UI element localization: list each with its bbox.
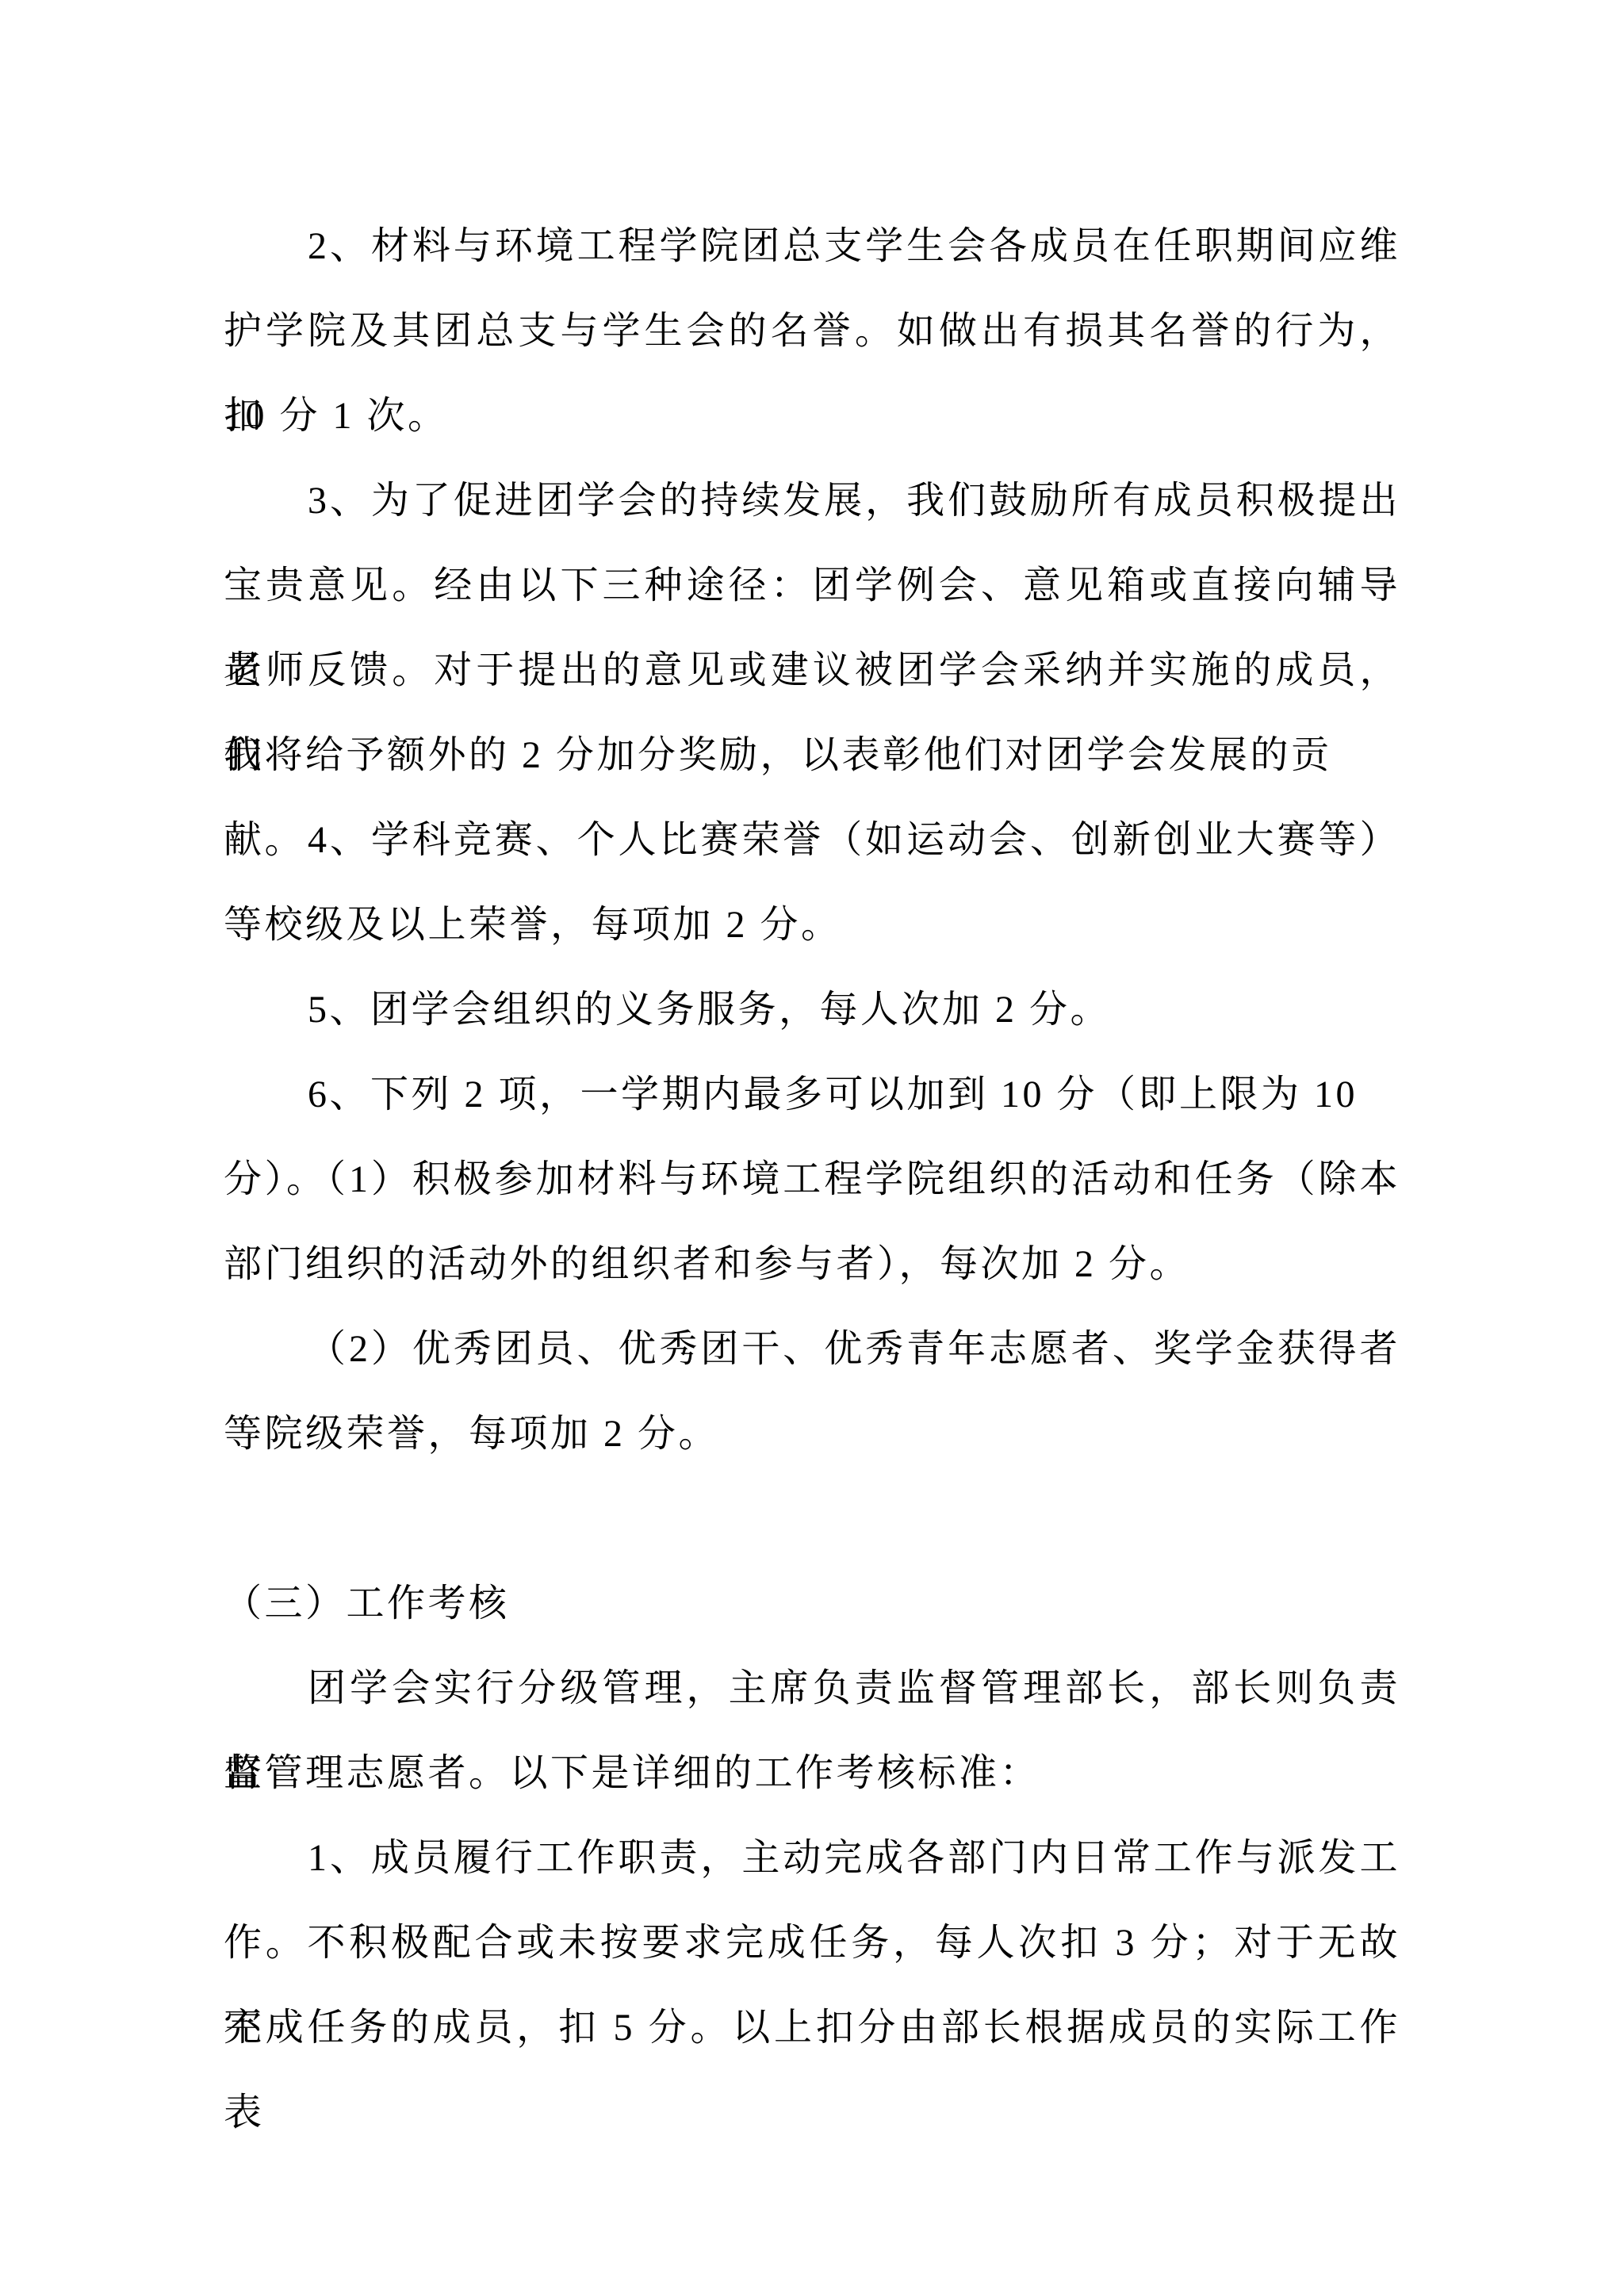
text-line: 们将给予额外的 2 分加分奖励，以表彰他们对团学会发展的贡献。 bbox=[224, 713, 1400, 798]
text-line: 10 分 1 次。 bbox=[224, 373, 1400, 458]
section-heading: （三）工作考核 bbox=[224, 1561, 1400, 1646]
document-text-block: 2、材料与环境工程学院团总支学生会各成员在任职期间应维 护学院及其团总支与学生会… bbox=[224, 204, 1400, 2070]
text-line: 6、下列 2 项，一学期内最多可以加到 10 分（即上限为 10 分）。 bbox=[224, 1052, 1400, 1137]
text-line: 护学院及其团总支与学生会的名誉。如做出有损其名誉的行为，扣 bbox=[224, 289, 1400, 373]
text-line: 3、为了促进团学会的持续发展，我们鼓励所有成员积极提出 bbox=[224, 458, 1400, 543]
text-line: 2、材料与环境工程学院团总支学生会各成员在任职期间应维 bbox=[224, 204, 1400, 289]
text-line: 完成任务的成员，扣 5 分。以上扣分由部长根据成员的实际工作表 bbox=[224, 1985, 1400, 2070]
text-line: 5、团学会组织的义务服务，每人次加 2 分。 bbox=[224, 967, 1400, 1052]
text-line: 等院级荣誉，每项加 2 分。 bbox=[224, 1391, 1400, 1476]
text-line: 督管理志愿者。以下是详细的工作考核标准： bbox=[224, 1731, 1400, 1816]
text-line: 1、成员履行工作职责，主动完成各部门内日常工作与派发工 bbox=[224, 1816, 1400, 1900]
text-line: 4、学科竞赛、个人比赛荣誉（如运动会、创新创业大赛等） bbox=[224, 798, 1400, 882]
text-line: （2）优秀团员、优秀团干、优秀青年志愿者、奖学金获得者 bbox=[224, 1307, 1400, 1391]
text-line: 作。不积极配合或未按要求完成任务，每人次扣 3 分；对于无故不 bbox=[224, 1900, 1400, 1985]
text-line: 团学会实行分级管理，主席负责监督管理部长，部长则负责监 bbox=[224, 1646, 1400, 1731]
text-line: 部门组织的活动外的组织者和参与者），每次加 2 分。 bbox=[224, 1222, 1400, 1307]
text-line: 老师反馈。对于提出的意见或建议被团学会采纳并实施的成员，我 bbox=[224, 628, 1400, 713]
text-line: （1）积极参加材料与环境工程学院组织的活动和任务（除本 bbox=[224, 1137, 1400, 1222]
text-line: 宝贵意见。经由以下三种途径：团学例会、意见箱或直接向辅导员 bbox=[224, 543, 1400, 628]
text-line: 等校级及以上荣誉，每项加 2 分。 bbox=[224, 882, 1400, 967]
blank-line bbox=[224, 1476, 1400, 1561]
document-page: 2、材料与环境工程学院团总支学生会各成员在任职期间应维 护学院及其团总支与学生会… bbox=[0, 0, 1624, 2296]
